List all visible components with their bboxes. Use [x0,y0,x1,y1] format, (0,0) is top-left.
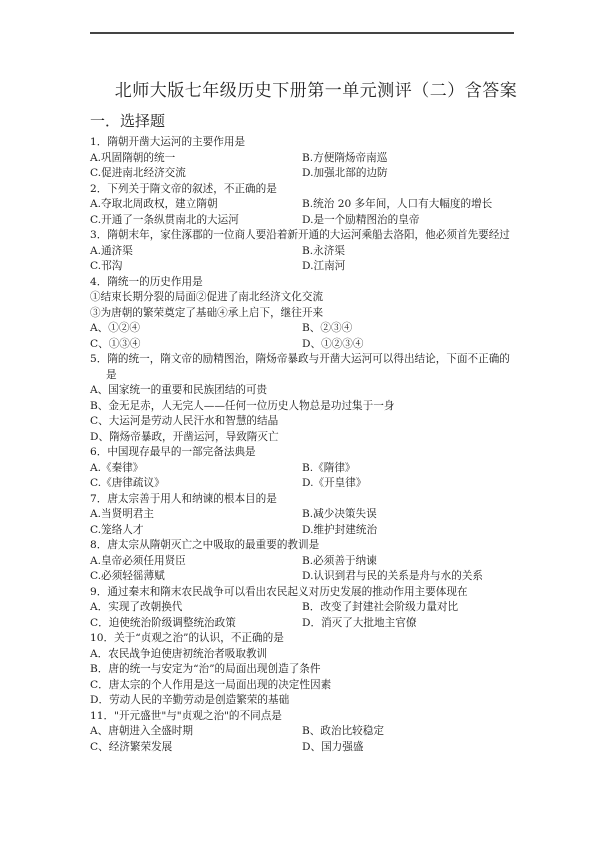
answer-option-c: C．迫使统治阶级调整统治政策 [90,616,302,632]
answer-option-b: B、②③④ [302,321,514,337]
option-row: C.必须轻徭薄赋D.认识到君与民的关系是舟与水的关系 [90,569,530,585]
question-8: 8．唐太宗从隋朝灭亡之中吸取的最重要的教训是A.皇帝必须任用贤臣B.必须善于纳谏… [90,538,530,585]
answer-option-c: C.必须轻徭薄赋 [90,569,302,585]
option-row: A.皇帝必须任用贤臣B.必须善于纳谏 [90,554,530,570]
header-rule [90,32,514,34]
question-7: 7．唐太宗善于用人和纳谏的根本目的是A.当贤明君主B.减少决策失误C.笼络人才D… [90,492,530,539]
question-stem: 3．隋朝末年，家住涿郡的一位商人要沿着新开通的大运河乘船去洛阳，他必须首先要经过 [90,228,530,244]
option-row: C.邗沟D.江南河 [90,259,530,275]
answer-option-a: A、①②④ [90,321,302,337]
answer-option-d: D.维护封建统治 [302,523,514,539]
option-row: C.开通了一条纵贯南北的大运河D.是一个励精图治的皇帝 [90,213,530,229]
option-row: C、①③④D、①②③④ [90,337,530,353]
option-row: A、唐朝进入全盛时期B、政治比较稳定 [90,724,530,740]
answer-option-d: D、隋炀帝暴政，开凿运河，导致隋灭亡 [90,430,530,446]
option-row: A.巩固隋朝的统一B.方便隋炀帝南巡 [90,151,530,167]
answer-option-c: C.《唐律疏议》 [90,476,302,492]
answer-option-d: D.江南河 [302,259,514,275]
answer-option-c: C.邗沟 [90,259,302,275]
answer-option-c: C.促进南北经济交流 [90,166,302,182]
question-5: 5．隋的统一，隋文帝的励精图治，隋炀帝暴政与开凿大运河可以得出结论，下面不正确的… [90,352,530,445]
option-row: C.促进南北经济交流D.加强北部的边防 [90,166,530,182]
answer-option-b: B.《隋律》 [302,461,514,477]
answer-option-b: B．改变了封建社会阶级力量对比 [302,600,514,616]
option-row: A.夺取北周政权，建立隋朝B.统治 20 多年间，人口有大幅度的增长 [90,197,530,213]
question-3: 3．隋朝末年，家住涿郡的一位商人要沿着新开通的大运河乘船去洛阳，他必须首先要经过… [90,228,530,275]
answer-option-a: A．实现了改朝换代 [90,600,302,616]
question-stem: 2．下列关于隋文帝的叙述，不正确的是 [90,182,530,198]
question-stem: 4．隋统一的历史作用是 [90,275,530,291]
question-stem: 11．"开元盛世"与"贞观之治"的不同点是 [90,709,530,725]
document-title: 北师大版七年级历史下册第一单元测评（二）含答案 [0,76,600,101]
question-11: 11．"开元盛世"与"贞观之治"的不同点是A、唐朝进入全盛时期B、政治比较稳定C… [90,709,530,756]
question-statement: ①结束长期分裂的局面②促进了南北经济文化交流 [90,290,530,306]
question-4: 4．隋统一的历史作用是①结束长期分裂的局面②促进了南北经济文化交流③为唐朝的繁荣… [90,275,530,353]
answer-option-a: A．农民战争迫使唐初统治者吸取教训 [90,647,530,663]
answer-option-b: B.统治 20 多年间，人口有大幅度的增长 [302,197,514,213]
question-stem: 8．唐太宗从隋朝灭亡之中吸取的最重要的教训是 [90,538,530,554]
question-stem: 6．中国现存最早的一部完备法典是 [90,445,530,461]
answer-option-c: C、经济繁荣发展 [90,740,302,756]
question-stem: 10．关于“贞观之治”的认识，不正确的是 [90,631,530,647]
answer-option-d: D.加强北部的边防 [302,166,514,182]
answer-option-b: B、政治比较稳定 [302,724,514,740]
option-row: A．实现了改朝换代B．改变了封建社会阶级力量对比 [90,600,530,616]
answer-option-a: A.巩固隋朝的统一 [90,151,302,167]
answer-option-a: A.当贤明君主 [90,507,302,523]
option-row: C、经济繁荣发展D、国力强盛 [90,740,530,756]
section-heading: 一．选择题 [90,110,165,131]
answer-option-b: B．唐的统一与安定为“治”的局面出现创造了条件 [90,662,530,678]
answer-option-c: C.开通了一条纵贯南北的大运河 [90,213,302,229]
answer-option-d: D．消灭了大批地主官僚 [302,616,514,632]
answer-option-c: C．唐太宗的个人作用是这一局面出现的决定性因素 [90,678,530,694]
answer-option-a: A、国家统一的重要和民族团结的可贵 [90,383,530,399]
question-stem: 5．隋的统一，隋文帝的励精图治，隋炀帝暴政与开凿大运河可以得出结论，下面不正确的 [90,352,530,368]
answer-option-c: C、①③④ [90,337,302,353]
answer-option-d: D.《开皇律》 [302,476,514,492]
answer-option-b: B.永济渠 [302,244,514,260]
option-row: A.当贤明君主B.减少决策失误 [90,507,530,523]
question-2: 2．下列关于隋文帝的叙述，不正确的是A.夺取北周政权，建立隋朝B.统治 20 多… [90,182,530,229]
option-row: A.通济渠B.永济渠 [90,244,530,260]
question-stem: 7．唐太宗善于用人和纳谏的根本目的是 [90,492,530,508]
option-row: A、①②④B、②③④ [90,321,530,337]
answer-option-a: A.《秦律》 [90,461,302,477]
answer-option-d: D.认识到君与民的关系是舟与水的关系 [302,569,514,585]
answer-option-d: D．劳动人民的辛勤劳动是创造繁荣的基础 [90,693,530,709]
answer-option-d: D、国力强盛 [302,740,514,756]
answer-option-a: A.夺取北周政权，建立隋朝 [90,197,302,213]
question-9: 9．通过秦末和隋末农民战争可以看出农民起义对历史发展的推动作用主要体现在A．实现… [90,585,530,632]
answer-option-a: A.皇帝必须任用贤臣 [90,554,302,570]
option-row: C．迫使统治阶级调整统治政策D．消灭了大批地主官僚 [90,616,530,632]
answer-option-b: B.减少决策失误 [302,507,514,523]
question-list: 1．隋朝开凿大运河的主要作用是A.巩固隋朝的统一B.方便隋炀帝南巡C.促进南北经… [90,135,530,755]
question-stem: 1．隋朝开凿大运河的主要作用是 [90,135,530,151]
question-10: 10．关于“贞观之治”的认识，不正确的是A．农民战争迫使唐初统治者吸取教训B．唐… [90,631,530,709]
answer-option-b: B、金无足赤，人无完人——任何一位历史人物总是功过集于一身 [90,399,530,415]
answer-option-b: B.方便隋炀帝南巡 [302,151,514,167]
question-1: 1．隋朝开凿大运河的主要作用是A.巩固隋朝的统一B.方便隋炀帝南巡C.促进南北经… [90,135,530,182]
answer-option-a: A、唐朝进入全盛时期 [90,724,302,740]
answer-option-d: D.是一个励精图治的皇帝 [302,213,514,229]
option-row: C.笼络人才D.维护封建统治 [90,523,530,539]
question-stem: 9．通过秦末和隋末农民战争可以看出农民起义对历史发展的推动作用主要体现在 [90,585,530,601]
question-statement: ③为唐朝的繁荣奠定了基础④承上启下，继往开来 [90,306,530,322]
question-6: 6．中国现存最早的一部完备法典是A.《秦律》B.《隋律》C.《唐律疏议》D.《开… [90,445,530,492]
answer-option-c: C、大运河是劳动人民汗水和智慧的结晶 [90,414,530,430]
answer-option-d: D、①②③④ [302,337,514,353]
question-stem-continued: 是 [90,368,530,384]
answer-option-a: A.通济渠 [90,244,302,260]
answer-option-c: C.笼络人才 [90,523,302,539]
option-row: C.《唐律疏议》D.《开皇律》 [90,476,530,492]
option-row: A.《秦律》B.《隋律》 [90,461,530,477]
answer-option-b: B.必须善于纳谏 [302,554,514,570]
